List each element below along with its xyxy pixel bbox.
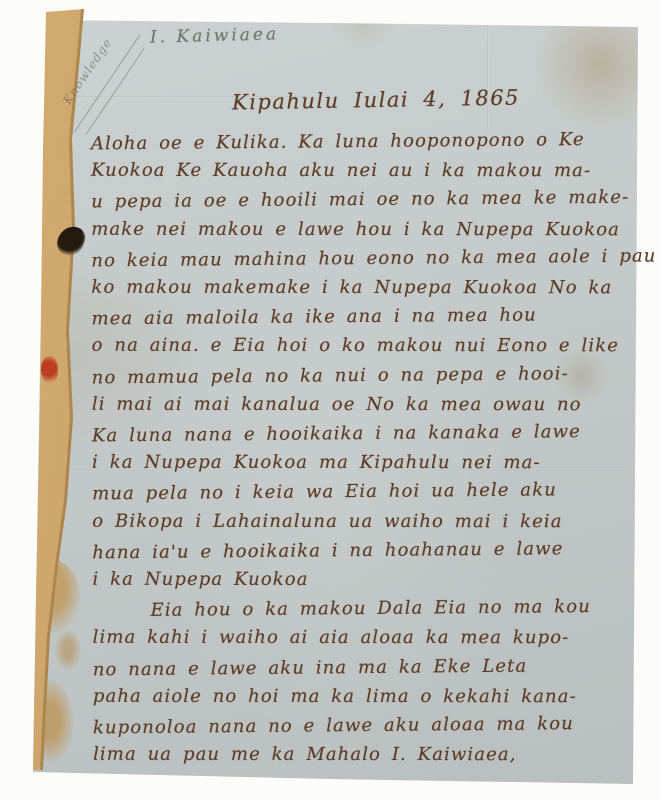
letter-line: no nana e lawe aku ina ma ka Eke Leta bbox=[93, 650, 641, 684]
letter-line: no mamua pela no ka nui o na pepa e hooi… bbox=[92, 358, 640, 392]
red-wax-spot bbox=[41, 356, 58, 384]
letter-line: no keia mau mahina hou eono no ka mea ao… bbox=[91, 241, 639, 275]
letter-line: mua pela no i keia wa Eia hoi ua hele ak… bbox=[92, 475, 640, 509]
fold-crease bbox=[487, 23, 489, 133]
letter-line: o Bikopa i Lahainaluna ua waiho mai i ke… bbox=[92, 506, 640, 536]
letter-line: i ka Nupepa Kuokoa bbox=[92, 565, 640, 595]
letter-line: hana ia'u e hooikaika i na hoahanau e la… bbox=[92, 533, 640, 567]
letter-line: Ka luna nana e hooikaika i na kanaka e l… bbox=[92, 417, 640, 451]
letter-line: lima kahi i waiho ai aia aloaa ka mea ku… bbox=[93, 623, 641, 653]
letter-line-signature: lima ua pau me ka Mahalo I. Kaiwiaea, bbox=[93, 740, 641, 770]
letter-line: kuponoloa nana no e lawe aku aloaa ma ko… bbox=[93, 709, 641, 743]
letter-line: o na aina. e Eia hoi o ko makou nui Eono… bbox=[92, 331, 640, 361]
scan-background: Knowledge I. Kaiwiaea Kipahulu Iulai 4, … bbox=[0, 0, 660, 800]
letter-line: u pepa ia oe e hooili mai oe no ka mea k… bbox=[91, 183, 639, 217]
letter-line: ko makou makemake i ka Nupepa Kuokoa No … bbox=[91, 273, 639, 303]
pencil-owner-name: I. Kaiwiaea bbox=[150, 24, 280, 47]
letter-line: make nei makou e lawe hou i ka Nupepa Ku… bbox=[91, 214, 639, 244]
letter-line: Kuokoa Ke Kauoha aku nei au i ka makou m… bbox=[91, 156, 639, 186]
letter-line: mea aia maloila ka ike ana i na mea hou bbox=[91, 300, 639, 334]
letter-dateline: Kipahulu Iulai 4, 1865 bbox=[232, 85, 520, 114]
paper-stain bbox=[55, 630, 81, 670]
letter-line: Aloha oe e Kulika. Ka luna hooponopono o… bbox=[91, 125, 639, 159]
letter-line: li mai ai mai kanalua oe No ka mea owau … bbox=[92, 390, 640, 420]
letter-line: Eia hou o ka makou Dala Eia no ma kou bbox=[92, 592, 640, 626]
letter-line: paha aiole no hoi ma ka lima o kekahi ka… bbox=[93, 682, 641, 712]
letter-line: i ka Nupepa Kuokoa ma Kipahulu nei ma- bbox=[92, 448, 640, 478]
letter-body: Aloha oe e Kulika. Ka luna hooponopono o… bbox=[91, 126, 641, 770]
